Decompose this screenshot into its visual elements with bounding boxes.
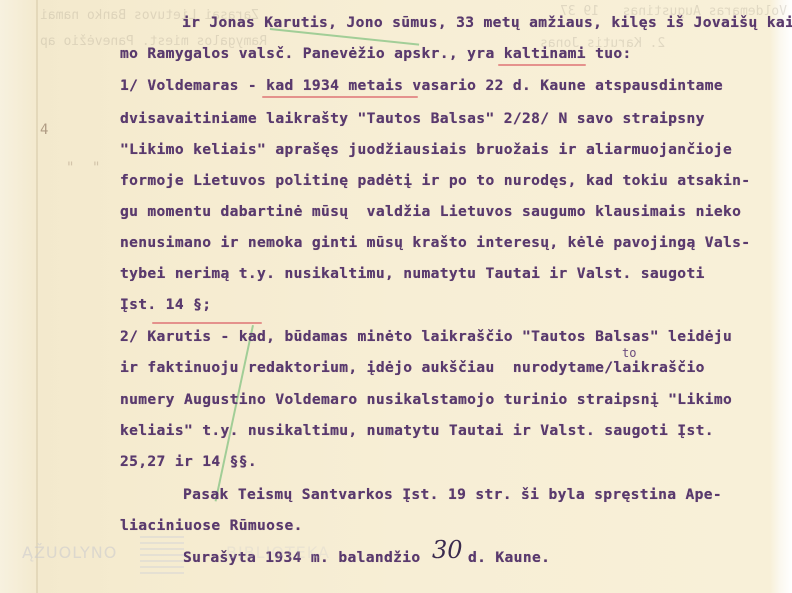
margin-mark: " xyxy=(92,160,100,176)
document-line: 1/ Voldemaras - kad 1934 metais vasario … xyxy=(120,77,723,94)
paper-fold-line xyxy=(36,0,38,593)
document-line: dvisavaitiniame laikrašty "Tautos Balsas… xyxy=(120,110,705,127)
red-underline xyxy=(498,64,586,66)
document-line: gu momentu dabartinė mūsų valdžia Lietuv… xyxy=(120,203,741,220)
red-underline xyxy=(152,322,262,324)
watermark-text: ĄŽUOLYNO xyxy=(22,543,117,562)
document-line: numery Augustino Voldemaro nusikalstamoj… xyxy=(120,391,732,408)
handwritten-day: 30 xyxy=(432,536,463,564)
margin-mark: 4 xyxy=(40,122,48,138)
document-line: formoje Lietuvos politinę padėtį ir po t… xyxy=(120,172,750,189)
superscript-insert: to xyxy=(622,346,636,360)
watermark-text: BIBLIOTEKA xyxy=(226,543,330,562)
watermark-logo xyxy=(140,536,184,576)
document-line: 2/ Karutis - kad, būdamas minėto laikraš… xyxy=(120,328,732,345)
document-line: Pasak Teismų Santvarkos Įst. 19 str. ši … xyxy=(183,486,722,503)
document-line: nenusimano ir nemoka ginti mūsų krašto i… xyxy=(120,234,750,251)
document-line: Įst. 14 §; xyxy=(120,296,211,313)
document-line: d. Kaune. xyxy=(468,549,550,566)
margin-mark: " xyxy=(66,160,74,176)
red-underline xyxy=(262,96,418,98)
document-line: keliais" t.y. nusikaltimu, numatytu Taut… xyxy=(120,422,714,439)
document-line: 25,27 ir 14 §§. xyxy=(120,453,257,470)
document-line: "Likimo keliais" aprašęs juodžiausiais b… xyxy=(120,141,732,158)
document-line: ir Jonas Karutis, Jono sūmus, 33 metų am… xyxy=(182,14,792,31)
document-line: tybei nerimą t.y. nusikaltimu, numatytu … xyxy=(120,265,705,282)
document-line: mo Ramygalos valsč. Panevėžio apskr., yr… xyxy=(120,45,632,62)
document-line: ir faktinuoju redaktorium, įdėjo aukščia… xyxy=(120,359,705,376)
document-line: liaciniuose Rūmuose. xyxy=(120,517,303,534)
